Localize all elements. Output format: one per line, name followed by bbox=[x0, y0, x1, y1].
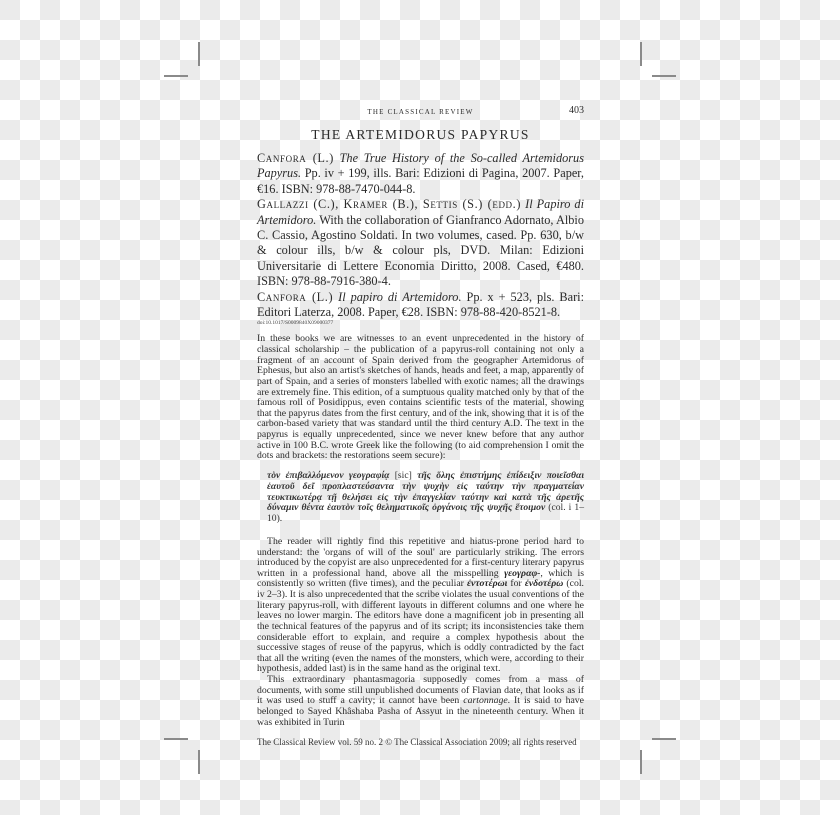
text-run: for bbox=[507, 578, 525, 589]
article-body: In these books we are witnesses to an ev… bbox=[257, 334, 584, 728]
greek-word: ἐντοτέρωι bbox=[467, 578, 507, 589]
sic-note: [sic] bbox=[395, 470, 412, 481]
bib-authors: Canfora (L.) bbox=[257, 290, 333, 304]
bib-authors: Gallazzi (C.), Kramer (B.), Settis (S.) … bbox=[257, 197, 521, 211]
article-title: THE ARTEMIDORUS PAPYRUS bbox=[257, 127, 584, 143]
doi: doi:10.1017/S0009840X09000377 bbox=[257, 320, 584, 327]
crop-mark-bottom-right-horizontal bbox=[652, 738, 676, 740]
bib-entry: Canfora (L.) Il papiro di Artemidoro. Pp… bbox=[257, 290, 584, 321]
paragraph: The reader will rightly find this repeti… bbox=[257, 537, 584, 675]
bib-title: Il papiro di Artemidoro. bbox=[338, 290, 461, 304]
greek-word: γεογραφ- bbox=[504, 568, 540, 579]
copyright-footer: The Classical Review vol. 59 no. 2 © The… bbox=[257, 737, 584, 747]
greek-quotation: τὸν ἐπιβαλλόμενον γεογραφίᾳ [sic] τῆς ὅλ… bbox=[267, 471, 584, 525]
bib-authors: Canfora (L.) bbox=[257, 151, 334, 165]
bib-entry: Canfora (L.) The True History of the So-… bbox=[257, 151, 584, 197]
crop-mark-top-left-vertical bbox=[198, 42, 200, 66]
crop-mark-top-right-horizontal bbox=[652, 75, 676, 77]
running-head: THE CLASSICAL REVIEW 403 bbox=[257, 104, 584, 118]
bibliography: Canfora (L.) The True History of the So-… bbox=[257, 151, 584, 327]
greek-text: τὸν ἐπιβαλλόμενον γεογραφίᾳ bbox=[267, 470, 395, 481]
greek-word: ἐνδοτέρω bbox=[525, 578, 563, 589]
journal-running-title: THE CLASSICAL REVIEW bbox=[257, 108, 584, 116]
crop-mark-bottom-left-horizontal bbox=[164, 738, 188, 740]
bib-details: Pp. iv + 199, ills. Bari: Edizioni di Pa… bbox=[257, 166, 584, 195]
text-run: (col. iv 2–3). It is also unprecedented … bbox=[257, 578, 584, 674]
crop-mark-bottom-left-vertical bbox=[198, 750, 200, 774]
crop-mark-bottom-right-vertical bbox=[640, 750, 642, 774]
paragraph: In these books we are witnesses to an ev… bbox=[257, 334, 584, 462]
paragraph: This extraordinary phantasmagoria suppos… bbox=[257, 675, 584, 728]
crop-mark-top-left-horizontal bbox=[164, 75, 188, 77]
document-page: THE CLASSICAL REVIEW 403 THE ARTEMIDORUS… bbox=[257, 104, 584, 747]
bib-entry: Gallazzi (C.), Kramer (B.), Settis (S.) … bbox=[257, 197, 584, 289]
page-number: 403 bbox=[569, 105, 584, 116]
crop-mark-top-right-vertical bbox=[640, 42, 642, 66]
italic-term: cartonnage bbox=[463, 695, 507, 706]
